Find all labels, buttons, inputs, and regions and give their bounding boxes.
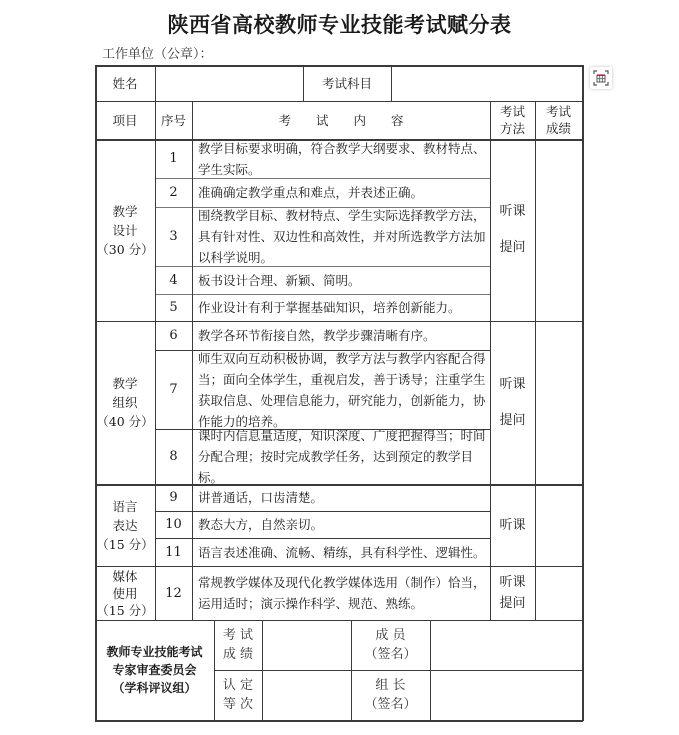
section-teaching-organization: 教学 组织 （40 分）: [95, 321, 155, 484]
row-content: 作业设计有利于掌握基础知识，培养创新能力。: [192, 294, 490, 321]
section-teaching-design: 教学 设计 （30 分）: [95, 139, 155, 321]
table-border: [155, 511, 490, 512]
row-content: 师生双向互动积极协调，教学方法与教学内容配合得当；面向全体学生，重视启发，善于诱…: [192, 350, 490, 429]
table-border: [95, 139, 583, 141]
table-border: [95, 620, 583, 621]
row-no: 6: [155, 321, 192, 350]
row-content: 课时内信息量适度，知识深度、广度把握得当；时间分配合理；按时完成教学任务，达到预…: [192, 429, 490, 484]
document-title: 陕西省高校教师专业技能考试赋分表: [0, 9, 679, 39]
table-border: [95, 65, 97, 721]
work-unit-label: 工作单位（公章）：: [102, 43, 213, 62]
row-no: 4: [155, 266, 192, 294]
table-border: [95, 566, 583, 567]
row-no: 10: [155, 511, 192, 538]
row-content: 围绕教学目标、教材特点、学生实际选择教学方法，具有针对性、双边性和高效性，并对所…: [192, 207, 490, 266]
subject-field[interactable]: [391, 65, 582, 101]
table-border: [214, 620, 215, 720]
table-border: [155, 350, 490, 351]
table-border: [303, 65, 304, 101]
section-media-use: 媒体 使用 （15 分）: [95, 566, 155, 620]
member-label: 成 员 （签名）: [351, 620, 430, 670]
row-content: 教学目标要求明确，符合教学大纲要求、教材特点、学生实际。: [192, 139, 490, 178]
row-no: 11: [155, 538, 192, 566]
table-border: [391, 65, 392, 101]
table-border: [95, 101, 583, 102]
exam-score-label: 考 试 成 绩: [214, 620, 262, 670]
table-border: [535, 101, 536, 620]
table-border: [582, 65, 584, 721]
score-field[interactable]: [535, 566, 582, 620]
leader-label: 组 长 （签名）: [351, 670, 430, 720]
table-select-button[interactable]: [590, 67, 612, 89]
table-border: [262, 620, 263, 720]
header-method: 考试 方法: [490, 101, 535, 139]
leader-signature-field[interactable]: [430, 670, 582, 720]
score-field[interactable]: [535, 321, 582, 484]
table-border: [155, 207, 490, 208]
row-content: 语言表述准确、流畅、精练，具有科学性、逻辑性。: [192, 538, 490, 566]
table-border: [155, 266, 490, 267]
table-border: [155, 429, 490, 430]
header-item: 项目: [95, 101, 155, 139]
table-select-icon: [593, 70, 609, 86]
row-no: 8: [155, 429, 192, 484]
row-content: 常规教学媒体及现代化教学媒体选用（制作）恰当，运用适时；演示操作科学、规范、熟练…: [192, 566, 490, 620]
method-cell: 听课 提问: [490, 321, 535, 484]
table-border: [155, 178, 490, 179]
method-cell: 听课 提问: [490, 566, 535, 620]
grade-field[interactable]: [262, 670, 351, 720]
row-no: 1: [155, 139, 192, 178]
score-field[interactable]: [535, 484, 582, 566]
row-content: 教学各环节衔接自然，教学步骤清晰有序。: [192, 321, 490, 350]
row-no: 2: [155, 178, 192, 207]
row-content: 教态大方，自然亲切。: [192, 511, 490, 538]
table-border: [155, 294, 490, 295]
name-field[interactable]: [155, 65, 303, 101]
row-content: 讲普通话，口齿清楚。: [192, 484, 490, 511]
committee-label: 教师专业技能考试 专家审查委员会 （学科评议组）: [95, 620, 214, 720]
row-no: 9: [155, 484, 192, 511]
row-no: 7: [155, 350, 192, 429]
header-no: 序号: [155, 101, 192, 139]
score-field[interactable]: [535, 139, 582, 321]
row-no: 5: [155, 294, 192, 321]
exam-score-field[interactable]: [262, 620, 351, 670]
method-cell: 听课: [490, 484, 535, 566]
section-language-expression: 语言 表达 （15 分）: [95, 484, 155, 566]
table-border: [155, 538, 490, 539]
subject-label: 考试科目: [303, 65, 391, 101]
table-border: [430, 620, 431, 720]
table-border: [214, 670, 583, 671]
row-content: 准确确定教学重点和难点，并表述正确。: [192, 178, 490, 207]
header-content: 考 试 内 容: [192, 101, 490, 139]
grade-label: 认 定 等 次: [214, 670, 262, 720]
row-no: 12: [155, 566, 192, 620]
member-signature-field[interactable]: [430, 620, 582, 670]
table-border: [95, 484, 583, 486]
header-score: 考试 成绩: [535, 101, 582, 139]
name-label: 姓名: [95, 65, 155, 101]
table-border: [155, 65, 156, 620]
table-border: [490, 101, 491, 620]
row-content: 板书设计合理、新颖、简明。: [192, 266, 490, 294]
method-cell: 听课 提问: [490, 139, 535, 321]
table-border: [95, 720, 583, 722]
table-border: [95, 65, 583, 67]
table-border: [192, 101, 193, 620]
row-no: 3: [155, 207, 192, 266]
table-border: [95, 321, 583, 322]
table-border: [351, 620, 352, 720]
